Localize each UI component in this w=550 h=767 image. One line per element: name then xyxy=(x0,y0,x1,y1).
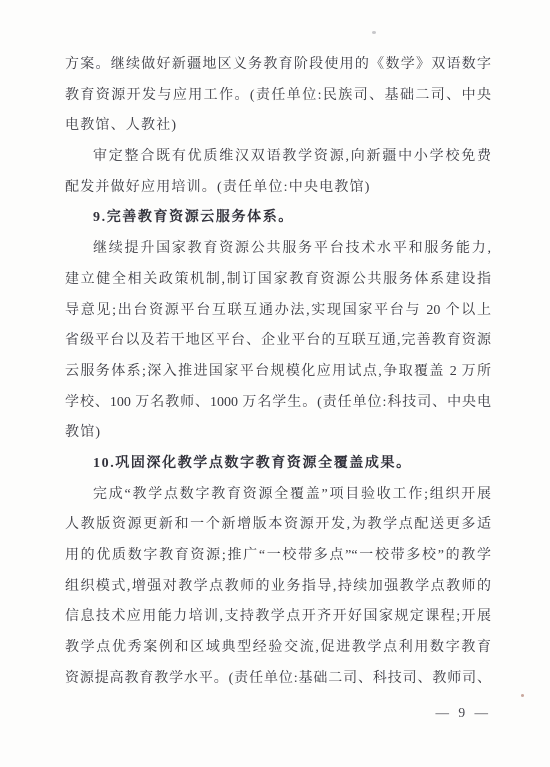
text-line: 云服务体系;深入推进国家平台规模化应用试点,争取覆盖 2 万所 xyxy=(65,357,491,388)
text-line: 资源提高教育教学水平。(责任单位:基础二司、科技司、教师司、 xyxy=(65,664,491,695)
scan-artifact-speck xyxy=(521,694,524,697)
text-line: 信息技术应用能力培训,支持教学点开齐开好国家规定课程;开展 xyxy=(65,602,491,633)
document-page: 方案。继续做好新疆地区义务教育阶段使用的《数学》双语数字 教育资源开发与应用工作… xyxy=(0,0,550,767)
text-line: 教育资源开发与应用工作。(责任单位:民族司、基础二司、中央 xyxy=(65,81,491,112)
text-line: 用的优质数字教育资源;推广“一校带多点”“一校带多校”的教学 xyxy=(65,541,491,572)
text-line: 人教版资源更新和一个新增版本资源开发,为教学点配送更多适 xyxy=(65,510,491,541)
text-line: 方案。继续做好新疆地区义务教育阶段使用的《数学》双语数字 xyxy=(65,50,491,81)
page-number: — 9 — xyxy=(65,698,491,728)
text-line: 学校、100 万名教师、1000 万名学生。(责任单位:科技司、中央电 xyxy=(65,388,491,419)
text-line: 电教馆、人教社) xyxy=(65,111,491,142)
text-line: 建立健全相关政策机制,制订国家教育资源公共服务体系建设指 xyxy=(65,265,491,296)
text-line: 组织模式,增强对教学点教师的业务指导,持续加强教学点教师的 xyxy=(65,572,491,603)
text-line: 完成“教学点数字教育资源全覆盖”项目验收工作;组织开展 xyxy=(65,480,491,511)
text-line: 教学点优秀案例和区域典型经验交流,促进教学点利用数字教育 xyxy=(65,633,491,664)
text-line: 省级平台以及若干地区平台、企业平台的互联互通,完善教育资源 xyxy=(65,326,491,357)
section-heading-9: 9.完善教育资源云服务体系。 xyxy=(65,203,491,234)
text-line: 教馆) xyxy=(65,418,491,449)
text-line: 审定整合既有优质维汉双语教学资源,向新疆中小学校免费 xyxy=(65,142,491,173)
text-line: 配发并做好应用培训。(责任单位:中央电教馆) xyxy=(65,173,491,204)
section-heading-10: 10.巩固深化教学点数字教育资源全覆盖成果。 xyxy=(65,449,491,480)
page-body-text: 方案。继续做好新疆地区义务教育阶段使用的《数学》双语数字 教育资源开发与应用工作… xyxy=(65,50,491,728)
scan-artifact-speck xyxy=(372,31,376,34)
text-line: 导意见;出台资源平台互联互通办法,实现国家平台与 20 个以上 xyxy=(65,296,491,327)
text-line: 继续提升国家教育资源公共服务平台技术水平和服务能力, xyxy=(65,234,491,265)
